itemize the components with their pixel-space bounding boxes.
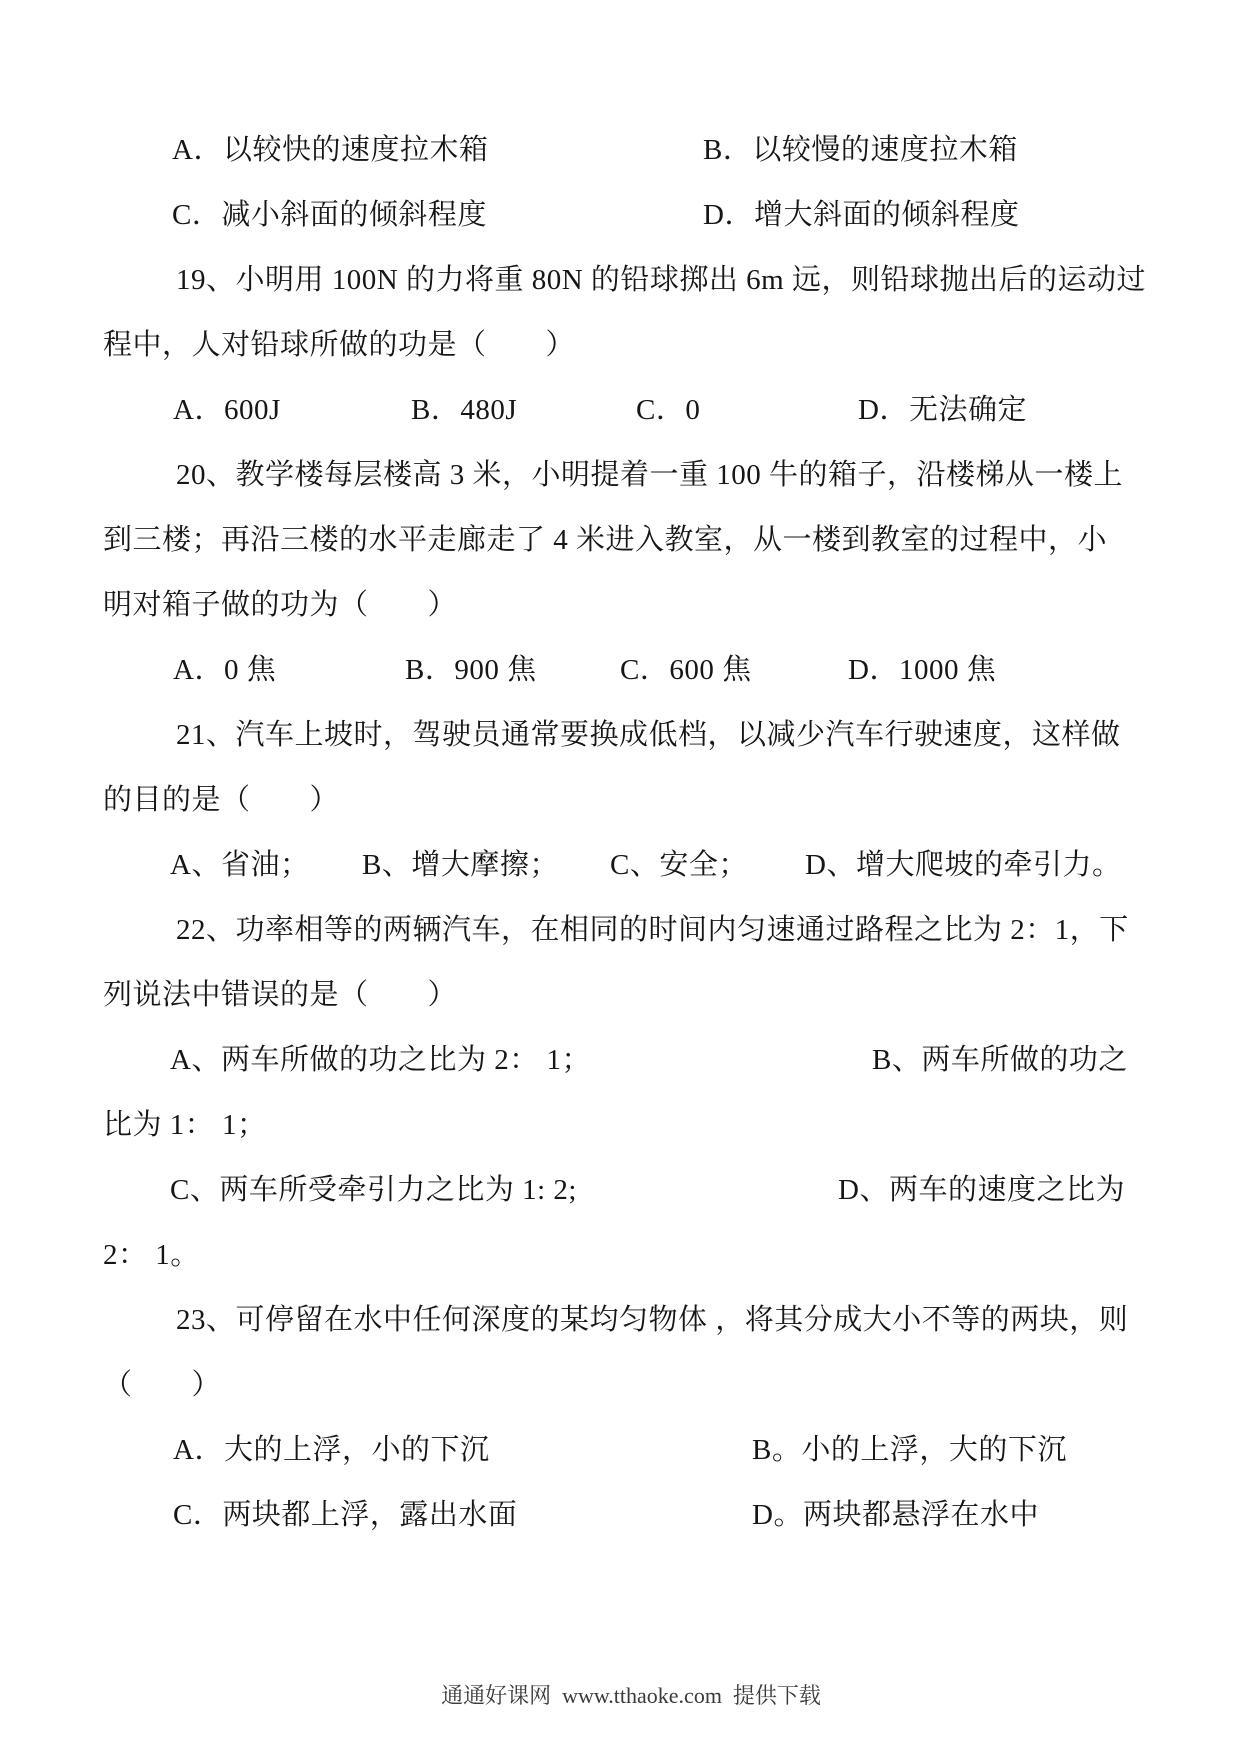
document-line: C．两块都上浮，露出水面D。两块都悬浮在水中 — [0, 1499, 1240, 1564]
text-segment: D、增大爬坡的牵引力。 — [805, 849, 1121, 882]
document-line: 20、教学楼每层楼高 3 米，小明提着一重 100 牛的箱子，沿楼梯从一楼上 — [0, 459, 1240, 524]
text-segment: A、两车所做的功之比为 2： 1； — [170, 1044, 591, 1077]
text-segment: B．以较慢的速度拉木箱 — [703, 134, 1018, 167]
text-segment: C．0 — [636, 394, 700, 427]
text-segment: C、安全； — [610, 849, 748, 882]
text-segment: D、两车的速度之比为 — [838, 1174, 1125, 1207]
text-segment: C．两块都上浮，露出水面 — [173, 1499, 517, 1532]
text-segment: 23、可停留在水中任何深度的某均匀物体 ，将其分成大小不等的两块，则 — [176, 1304, 1128, 1337]
text-segment: 程中，人对铅球所做的功是（ ） — [103, 329, 575, 362]
text-segment: B．480J — [411, 394, 517, 427]
document-line: A、省油；B、增大摩擦；C、安全；D、增大爬坡的牵引力。 — [0, 849, 1240, 914]
page-footer: 通通好课网 www.tthaoke.com 提供下载 — [0, 1657, 1240, 1735]
document-line: A．以较快的速度拉木箱B．以较慢的速度拉木箱 — [0, 134, 1240, 199]
text-segment: 比为 1： 1； — [103, 1109, 267, 1142]
text-segment: 21、汽车上坡时，驾驶员通常要换成低档，以减少汽车行驶速度，这样做 — [176, 719, 1121, 752]
document-line: 比为 1： 1； — [0, 1109, 1240, 1174]
text-segment: 20、教学楼每层楼高 3 米，小明提着一重 100 牛的箱子，沿楼梯从一楼上 — [176, 459, 1123, 492]
footer-text: 通通好课网 www.tthaoke.com 提供下载 — [441, 1683, 821, 1708]
document-line: 到三楼；再沿三楼的水平走廊走了 4 米进入教室，从一楼到教室的过程中，小 — [0, 524, 1240, 589]
document-line: 的目的是（ ） — [0, 784, 1240, 849]
document-line: 列说法中错误的是（ ） — [0, 979, 1240, 1044]
text-segment: （ ） — [103, 1369, 221, 1402]
text-segment: 列说法中错误的是（ ） — [103, 979, 457, 1012]
document-line: A．600JB．480JC．0D．无法确定 — [0, 394, 1240, 459]
text-segment: C．减小斜面的倾斜程度 — [172, 199, 487, 232]
text-segment: 的目的是（ ） — [103, 784, 339, 817]
text-segment: 22、功率相等的两辆汽车，在相同的时间内匀速通过路程之比为 2：1，下 — [176, 914, 1129, 947]
document-line: 19、小明用 100N 的力将重 80N 的铅球掷出 6m 远，则铅球抛出后的运… — [0, 264, 1240, 329]
text-segment: B。小的上浮，大的下沉 — [752, 1434, 1067, 1467]
document-line: 明对箱子做的功为（ ） — [0, 589, 1240, 654]
text-segment: B．900 焦 — [405, 654, 537, 687]
text-segment: A．0 焦 — [173, 654, 276, 687]
document-body: A．以较快的速度拉木箱B．以较慢的速度拉木箱C．减小斜面的倾斜程度D．增大斜面的… — [0, 0, 1240, 1754]
document-line: 2： 1。 — [0, 1239, 1240, 1304]
text-segment: 2： 1。 — [103, 1239, 200, 1272]
text-segment: 到三楼；再沿三楼的水平走廊走了 4 米进入教室，从一楼到教室的过程中，小 — [103, 524, 1107, 557]
text-segment: B、两车所做的功之 — [872, 1044, 1128, 1077]
text-segment: A、省油； — [170, 849, 309, 882]
text-segment: C、两车所受牵引力之比为 1: 2; — [170, 1174, 577, 1207]
document-line: 22、功率相等的两辆汽车，在相同的时间内匀速通过路程之比为 2：1，下 — [0, 914, 1240, 979]
text-segment: D．增大斜面的倾斜程度 — [703, 199, 1019, 232]
document-line: 23、可停留在水中任何深度的某均匀物体 ，将其分成大小不等的两块，则 — [0, 1304, 1240, 1369]
text-segment: B、增大摩擦； — [362, 849, 559, 882]
document-line: （ ） — [0, 1369, 1240, 1434]
document-line: A、两车所做的功之比为 2： 1；B、两车所做的功之 — [0, 1044, 1240, 1109]
text-segment: D．无法确定 — [858, 394, 1027, 427]
text-segment: A．600J — [173, 394, 281, 427]
text-segment: C．600 焦 — [620, 654, 752, 687]
text-segment: D。两块都悬浮在水中 — [752, 1499, 1039, 1532]
text-segment: A．大的上浮，小的下沉 — [173, 1434, 489, 1467]
document-line: C、两车所受牵引力之比为 1: 2;D、两车的速度之比为 — [0, 1174, 1240, 1239]
document-line: A．0 焦B．900 焦C．600 焦D．1000 焦 — [0, 654, 1240, 719]
document-line: 程中，人对铅球所做的功是（ ） — [0, 329, 1240, 394]
document-page: A．以较快的速度拉木箱B．以较慢的速度拉木箱C．减小斜面的倾斜程度D．增大斜面的… — [0, 0, 1240, 1754]
document-line: 21、汽车上坡时，驾驶员通常要换成低档，以减少汽车行驶速度，这样做 — [0, 719, 1240, 784]
document-line: C．减小斜面的倾斜程度D．增大斜面的倾斜程度 — [0, 199, 1240, 264]
text-segment: 明对箱子做的功为（ ） — [103, 589, 457, 622]
document-line: A．大的上浮，小的下沉B。小的上浮，大的下沉 — [0, 1434, 1240, 1499]
text-segment: 19、小明用 100N 的力将重 80N 的铅球掷出 6m 远，则铅球抛出后的运… — [176, 264, 1146, 297]
text-segment: A．以较快的速度拉木箱 — [172, 134, 488, 167]
text-segment: D．1000 焦 — [848, 654, 996, 687]
